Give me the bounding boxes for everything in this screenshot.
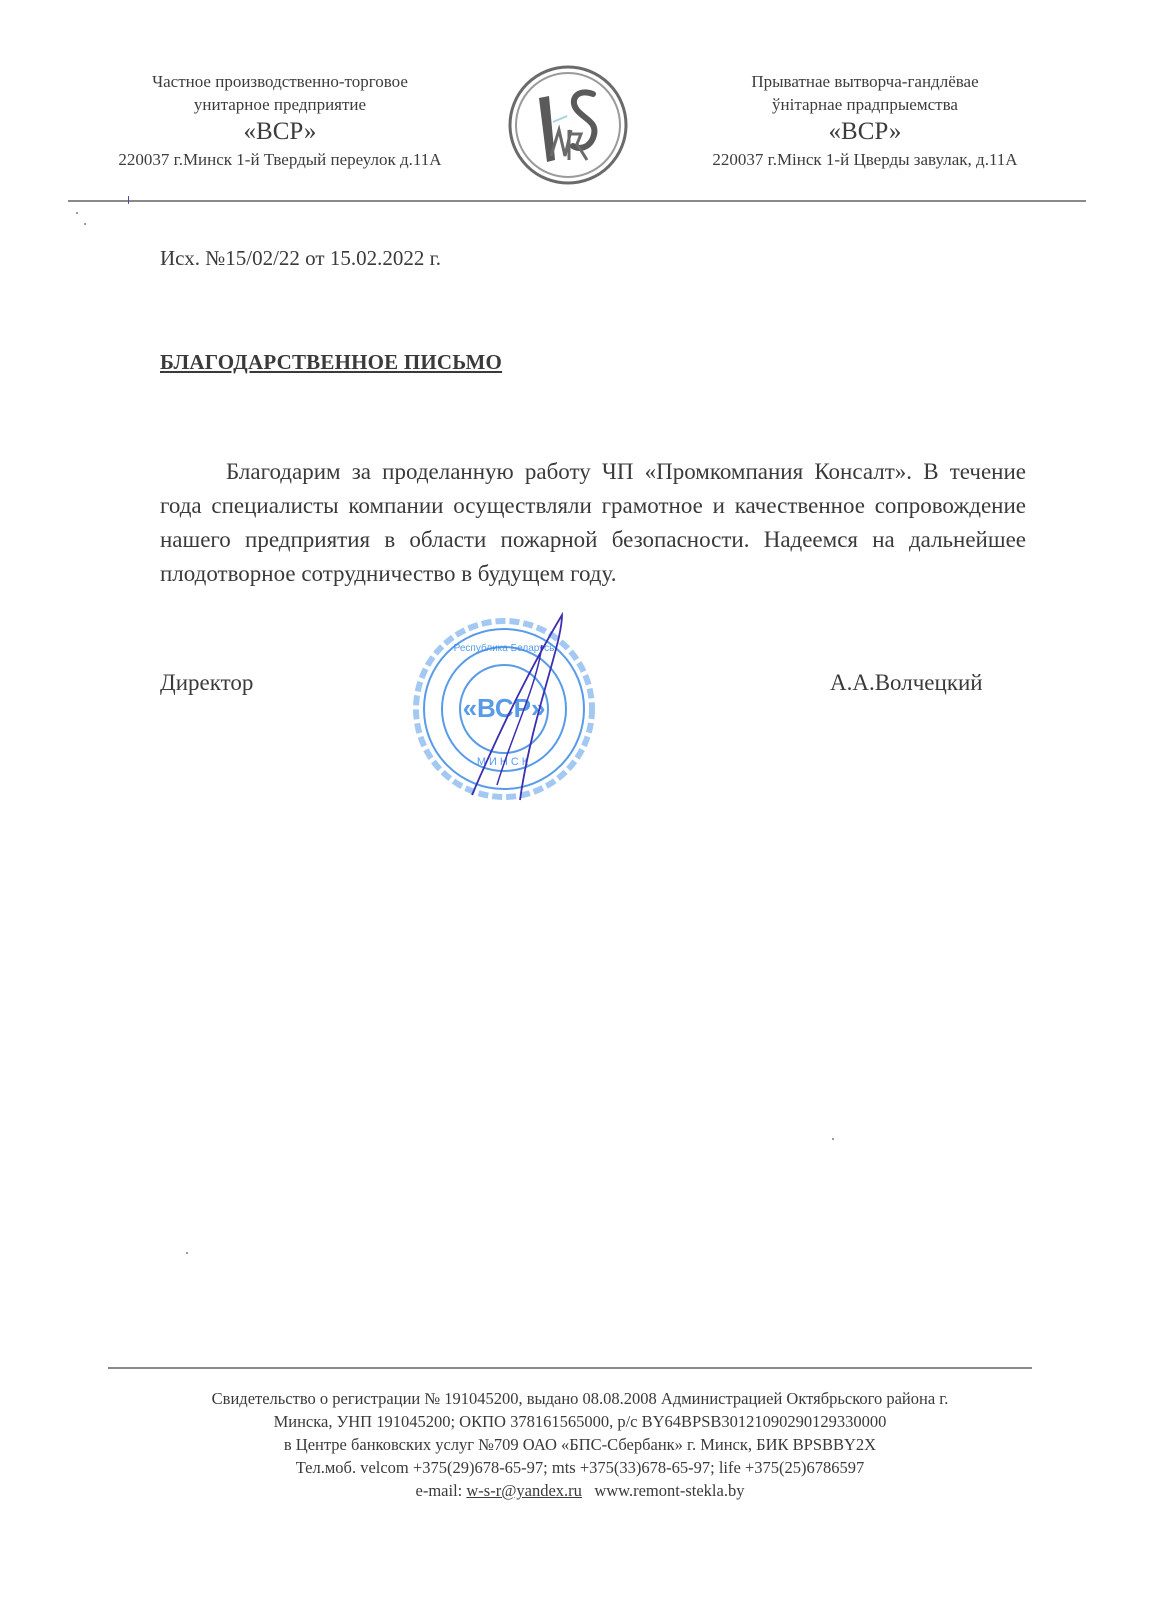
footer-requisites: Свидетельство о регистрации № 191045200,… bbox=[80, 1387, 1080, 1502]
scan-mark bbox=[128, 196, 129, 204]
letter-body: Благодарим за проделанную работу ЧП «Про… bbox=[160, 455, 1026, 591]
footer-bank-account: Минска, УНП 191045200; ОКПО 378161565000… bbox=[80, 1410, 1080, 1433]
scan-speck bbox=[84, 223, 86, 225]
scan-speck bbox=[76, 212, 78, 214]
footer-contacts: e-mail: w-s-r@yandex.ru www.remont-stekl… bbox=[80, 1479, 1080, 1502]
company-address-by: 220037 г.Мінск 1-й Цверды завулак, д.11А bbox=[665, 148, 1065, 171]
email-label: e-mail: bbox=[416, 1481, 467, 1500]
outgoing-reference: Исх. №15/02/22 от 15.02.2022 г. bbox=[160, 246, 441, 271]
company-type-line1-by: Прыватнае вытворча-гандлёвае bbox=[665, 70, 1065, 93]
signatory-role: Директор bbox=[160, 670, 253, 696]
company-name: «ВСР» bbox=[70, 116, 490, 148]
letter-title: БЛАГОДАРСТВЕННОЕ ПИСЬМО bbox=[160, 350, 502, 375]
header-right-block: Прыватнае вытворча-гандлёвае ўнітарнае п… bbox=[665, 70, 1065, 171]
company-name-by: «ВСР» bbox=[665, 116, 1065, 148]
svg-text:Республика Беларусь: Республика Беларусь bbox=[454, 642, 555, 654]
scan-speck bbox=[832, 1138, 834, 1140]
svg-text:«ВСР»: «ВСР» bbox=[463, 693, 546, 723]
company-stamp-icon: «ВСР» МИНСК Республика Беларусь bbox=[412, 605, 602, 805]
scan-speck bbox=[186, 1252, 188, 1254]
company-type-line2-by: ўнітарнае прадпрыемства bbox=[665, 93, 1065, 116]
footer-bank-center: в Центре банковских услуг №709 ОАО «БПС-… bbox=[80, 1433, 1080, 1456]
company-type-line1: Частное производственно-торговое bbox=[70, 70, 490, 93]
header-divider bbox=[68, 200, 1086, 202]
company-address: 220037 г.Минск 1-й Твердый переулок д.11… bbox=[70, 148, 490, 171]
wsr-monogram-logo-icon bbox=[507, 64, 629, 186]
letter-body-paragraph: Благодарим за проделанную работу ЧП «Про… bbox=[160, 455, 1026, 591]
email-link[interactable]: w-s-r@yandex.ru bbox=[466, 1481, 582, 1500]
header-left-block: Частное производственно-торговое унитарн… bbox=[70, 70, 490, 171]
footer-divider bbox=[108, 1367, 1032, 1369]
signatory-name: А.А.Волчецкий bbox=[830, 670, 983, 696]
website-link[interactable]: www.remont-stekla.by bbox=[594, 1481, 744, 1500]
company-type-line2: унитарное предприятие bbox=[70, 93, 490, 116]
footer-phones: Тел.моб. velcom +375(29)678-65-97; mts +… bbox=[80, 1456, 1080, 1479]
footer-registration: Свидетельство о регистрации № 191045200,… bbox=[80, 1387, 1080, 1410]
